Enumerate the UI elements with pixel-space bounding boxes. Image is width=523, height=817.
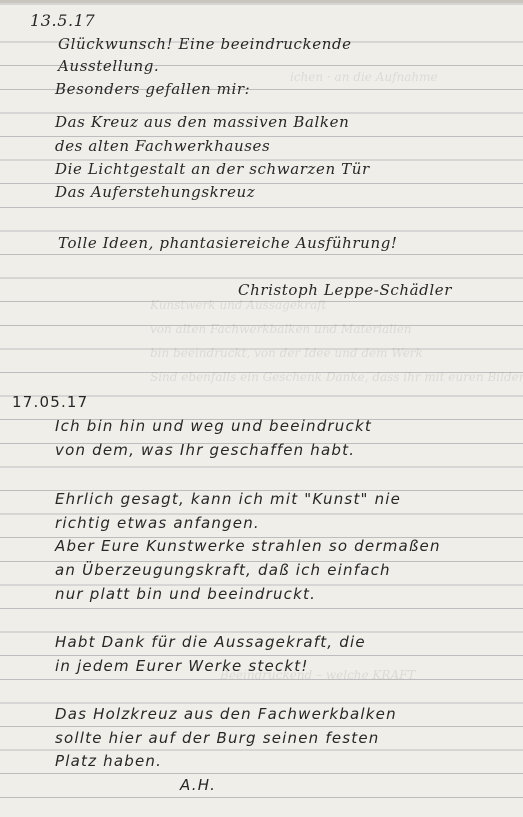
entry-line: Tolle Ideen, phantasiereiche Ausführung! [58, 234, 398, 252]
entry-line: nur platt bin und beeindruckt. [55, 585, 316, 603]
entry-line: von dem, was Ihr geschaffen habt. [55, 441, 355, 459]
entry-signature: A.H. [180, 776, 216, 794]
entry-line: Ausstellung. [58, 57, 159, 75]
entry-line: Die Lichtgestalt an der schwarzen Tür [55, 160, 370, 178]
entry-date: 13.5.17 [30, 11, 95, 30]
lined-paper-page: ichen · an die Aufnahme Kunstwerk und Au… [0, 0, 523, 817]
entry-line: Das Holzkreuz aus den Fachwerkbalken [55, 705, 397, 723]
entry-line: Platz haben. [55, 752, 162, 770]
entry-line: Besonders gefallen mir: [55, 80, 250, 98]
entry-line: Das Kreuz aus den massiven Balken [55, 113, 349, 131]
entry-line: Glückwunsch! Eine beeindruckende [58, 35, 352, 53]
bleed-through-text: von alten Fachwerkbalken und Materialien [150, 322, 412, 336]
bleed-through-text: bin beeindruckt, von der Idee und dem We… [150, 346, 423, 360]
bleed-through-text: ichen · an die Aufnahme [290, 70, 438, 84]
bleed-through-text: Sind ebenfalls ein Geschenk Danke, dass … [150, 370, 523, 384]
entry-line: sollte hier auf der Burg seinen festen [55, 729, 380, 747]
entry-line: Aber Eure Kunstwerke strahlen so dermaße… [55, 537, 441, 555]
entry-line: Ehrlich gesagt, kann ich mit "Kunst" nie [55, 490, 401, 508]
entry-line: Das Auferstehungskreuz [55, 183, 255, 201]
entry-line: des alten Fachwerkhauses [55, 137, 270, 155]
entry-date: 17.05.17 [12, 393, 88, 411]
page-top-edge [0, 0, 523, 3]
entry-line: in jedem Eurer Werke steckt! [55, 657, 309, 675]
entry-line: Ich bin hin und weg und beeindruckt [55, 417, 372, 435]
bleed-through-text: Kunstwerk und Aussagekraft [150, 298, 326, 312]
entry-line: an Überzeugungskraft, daß ich einfach [55, 561, 391, 579]
entry-line: Habt Dank für die Aussagekraft, die [55, 633, 366, 651]
entry-signature: Christoph Leppe-Schädler [238, 281, 452, 299]
entry-line: richtig etwas anfangen. [55, 514, 260, 532]
